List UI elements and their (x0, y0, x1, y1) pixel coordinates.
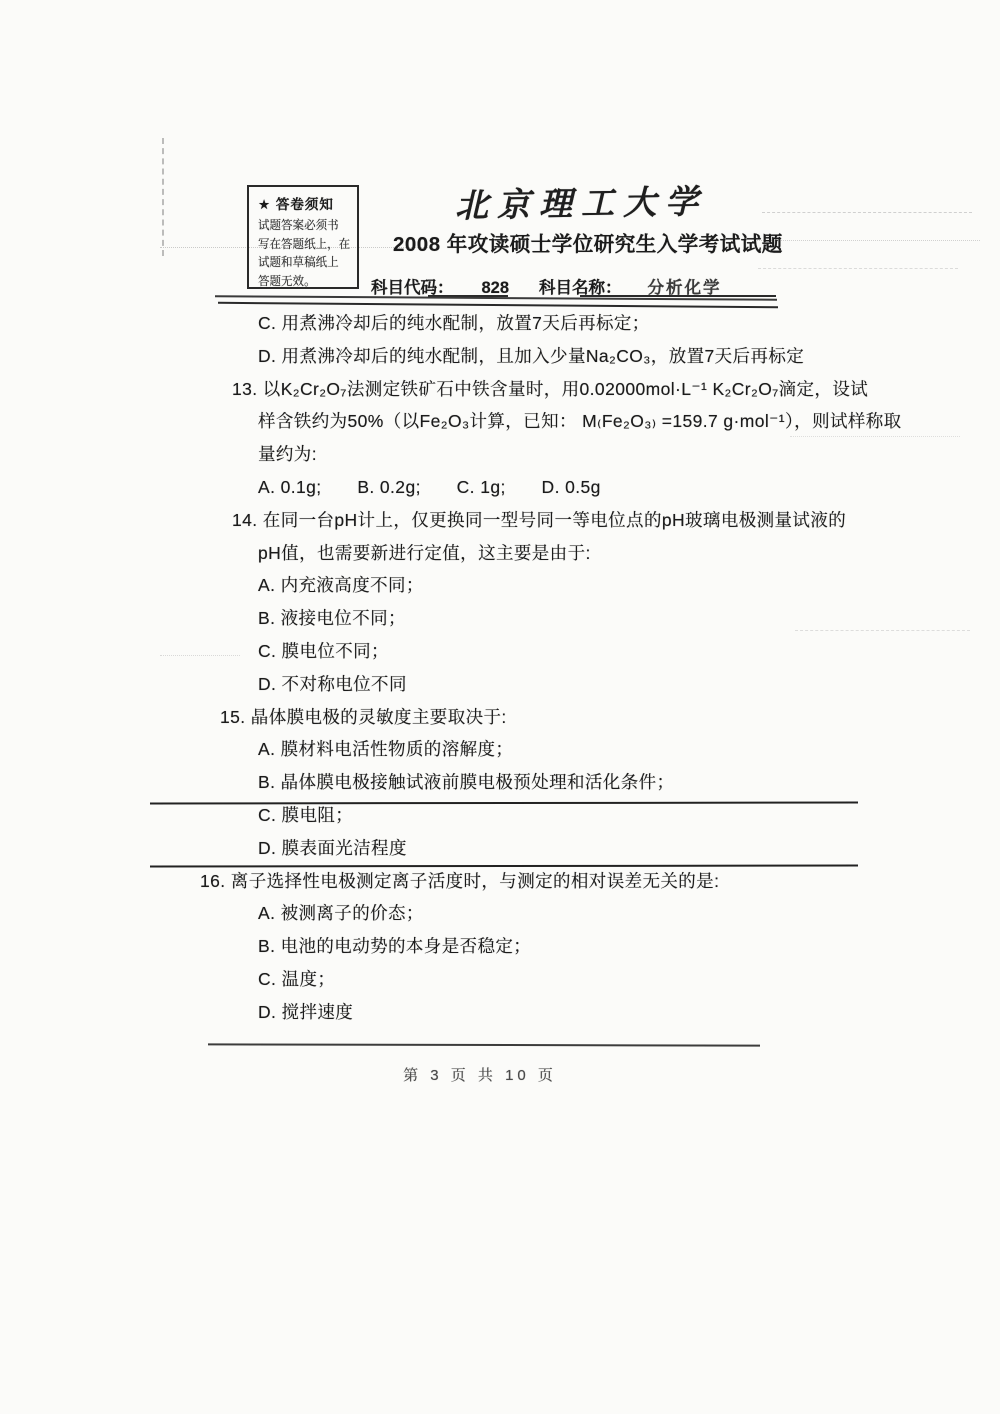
scan-artifact-dots (762, 212, 972, 213)
text-line: A. 0.1g; B. 0.2g; C. 1g; D. 0.5g (258, 474, 1000, 507)
footer-divider-line (208, 1043, 760, 1046)
text-line: C. 温度； (258, 966, 1000, 999)
underline-subject-name (580, 295, 776, 297)
notice-line: 答题无效。 (258, 272, 346, 291)
text-line: D. 不对称电位不同 (258, 671, 1000, 704)
page-number: 第 3 页 共 10 页 (0, 1064, 960, 1085)
text-line: 量约为: (258, 441, 1000, 474)
text-line: C. 用煮沸冷却后的纯水配制，放置7天后再标定； (258, 310, 1000, 343)
text-line: D. 膜表面光洁程度 (258, 835, 1000, 868)
answer-notice-box: ★ 答卷须知 试题答案必须书写在答题纸上，在试题和草稿纸上答题无效。 (247, 185, 359, 289)
scan-artifact-dots (755, 240, 980, 241)
header-divider-line-2 (218, 302, 778, 309)
notice-line: 试题答案必须书 (258, 216, 346, 235)
notice-line: 写在答题纸上，在 (258, 235, 346, 254)
text-line: 15. 晶体膜电极的灵敏度主要取决于: (220, 704, 1000, 737)
university-name: 北京理工大学 (455, 176, 686, 227)
text-line: D. 用煮沸冷却后的纯水配制，且加入少量Na₂CO₃，放置7天后再标定 (258, 343, 1000, 376)
question-body: C. 用煮沸冷却后的纯水配制，放置7天后再标定；D. 用煮沸冷却后的纯水配制，且… (0, 310, 1000, 1032)
notice-line: 试题和草稿纸上 (258, 253, 346, 272)
notice-body: 试题答案必须书写在答题纸上，在试题和草稿纸上答题无效。 (258, 216, 350, 290)
text-line: A. 膜材料电活性物质的溶解度； (258, 736, 1000, 769)
exam-scan-page: ★ 答卷须知 试题答案必须书写在答题纸上，在试题和草稿纸上答题无效。 北京理工大… (0, 0, 1000, 1414)
text-line: 样含铁约为50%（以Fe₂O₃计算，已知： M₍Fe₂O₃₎ =159.7 g·… (258, 408, 1000, 441)
text-line: B. 液接电位不同； (258, 605, 1000, 638)
text-line: B. 电池的电动势的本身是否稳定； (258, 933, 1000, 966)
text-line: A. 内充液高度不同； (258, 572, 1000, 605)
scan-artifact-dots (758, 268, 958, 269)
text-line: A. 被测离子的价态； (258, 900, 1000, 933)
text-line: 16. 离子选择性电极测定离子活度时，与测定的相对误差无关的是: (200, 868, 1000, 901)
notice-title: ★ 答卷须知 (258, 193, 350, 213)
text-line: 13. 以K₂Cr₂O₇法测定铁矿石中铁含量时，用0.02000mol·L⁻¹ … (232, 376, 1000, 409)
text-line: C. 膜电位不同； (258, 638, 1000, 671)
exam-title: 2008 年攻读硕士学位研究生入学考试试题 (393, 227, 783, 257)
text-line: B. 晶体膜电极接触试液前膜电极预处理和活化条件； (258, 769, 1000, 802)
text-line: C. 膜电阻； (258, 802, 1000, 835)
text-line: pH值，也需要新进行定值，这主要是由于: (258, 540, 1000, 573)
scan-artifact-vertical-line (162, 138, 165, 256)
text-line: 14. 在同一台pH计上，仅更换同一型号同一等电位点的pH玻璃电极测量试液的 (232, 507, 1000, 540)
text-line: D. 搅拌速度 (258, 999, 1000, 1032)
